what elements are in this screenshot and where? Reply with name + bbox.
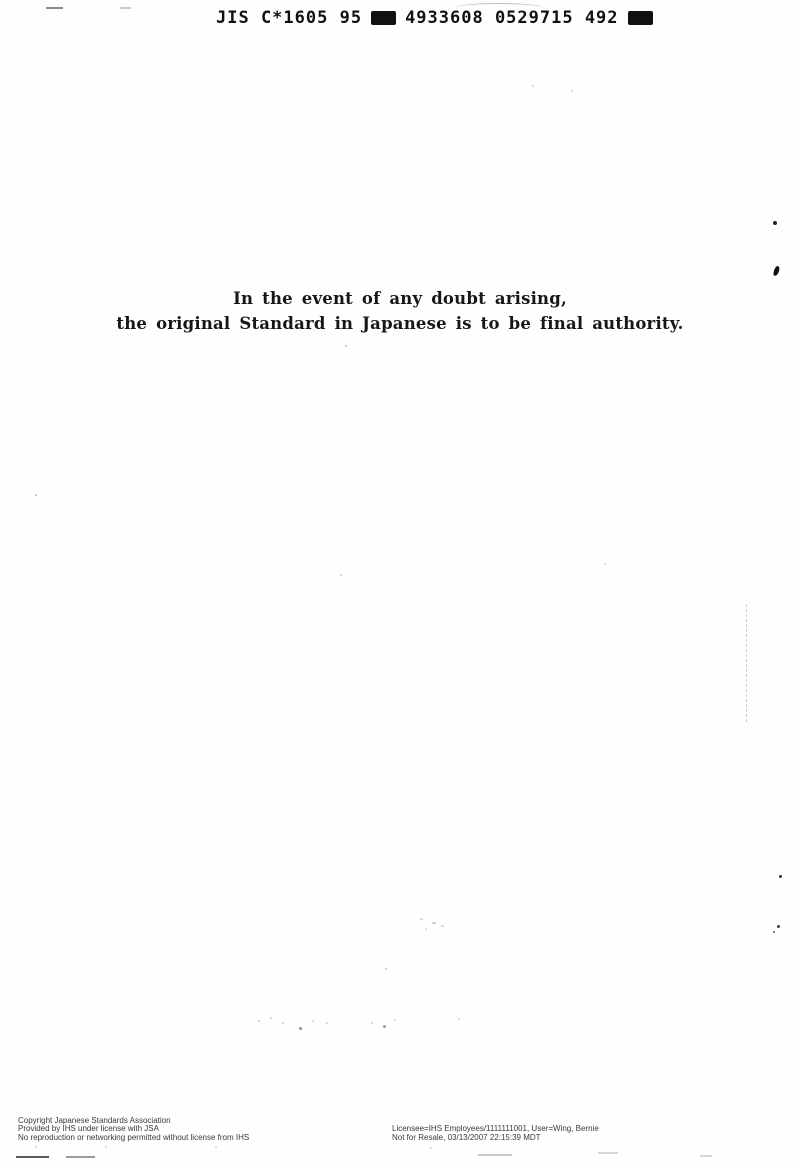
scan-speck [215,1146,217,1148]
scan-speck [270,1017,272,1019]
scan-speck [299,1027,302,1030]
license-block: Licensee=IHS Employees/1111111001, User=… [392,1125,599,1142]
scan-speck [326,1022,328,1024]
scan-artifact-dash [598,1152,618,1154]
license-line-2: Not for Resale, 03/13/2007 22:15:39 MDT [392,1134,599,1143]
scan-artifact-arc [455,3,543,13]
authority-notice: In the event of any doubt arising, the o… [0,286,800,336]
scan-speck [258,1020,260,1022]
scan-speck [571,90,573,92]
scan-speck [779,875,782,878]
scan-speck [282,1022,284,1024]
scan-speck [312,1020,314,1022]
scan-artifact-dash [120,7,131,9]
scan-speck [340,574,342,576]
standard-code-text: JIS C*1605 95 [216,8,362,28]
scan-speck [35,1146,37,1148]
scan-speck [441,925,444,927]
scan-speck [385,968,387,970]
scan-artifact-dash [66,1156,95,1158]
scan-speck [432,922,436,924]
scan-speck [383,1025,386,1028]
scan-speck [604,563,606,565]
scan-speck [105,1146,107,1148]
scan-artifact-comma [773,266,780,277]
scan-speck [458,1018,460,1020]
scan-speck [773,931,775,933]
scan-speck [425,928,427,930]
scan-speck [532,85,534,87]
notice-line-2: the original Standard in Japanese is to … [0,311,800,336]
notice-line-1: In the event of any doubt arising, [0,286,800,311]
copyright-block: Copyright Japanese Standards Association… [18,1117,249,1142]
scan-speck [773,221,777,225]
scan-artifact-dotted-line [746,604,747,722]
scan-speck [777,925,780,928]
standard-code-line: JIS C*1605 95 4933608 0529715 492 [216,8,653,28]
scan-artifact-dash [700,1155,712,1157]
solid-bar-mark [628,11,653,25]
scan-speck [394,1019,396,1021]
scanned-document-page: JIS C*1605 95 4933608 0529715 492 In the… [0,0,800,1163]
scan-speck [371,1022,373,1024]
scan-artifact-dash [46,7,63,9]
scan-speck [430,1147,432,1149]
scan-speck [35,494,37,496]
scan-speck [345,345,347,347]
scan-artifact-dash [478,1154,512,1156]
solid-bar-mark [371,11,396,25]
scan-speck [420,918,423,920]
scan-artifact-dash [16,1156,49,1158]
copyright-line-3: No reproduction or networking permitted … [18,1134,249,1142]
